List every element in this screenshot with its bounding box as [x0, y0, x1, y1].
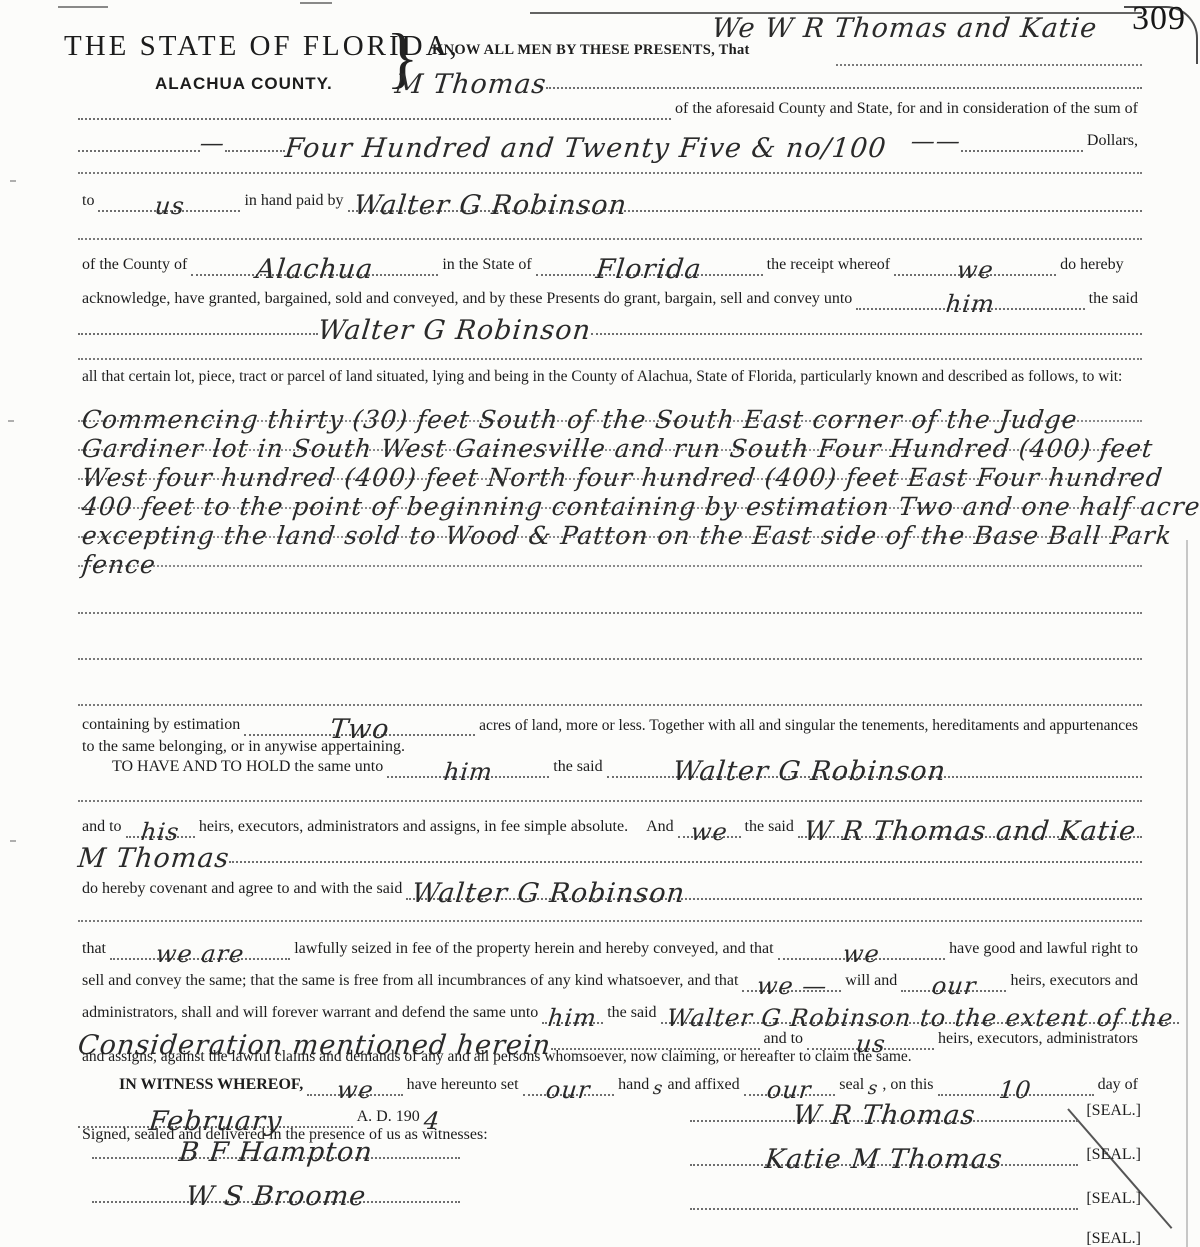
- ruled-line: [78, 238, 1142, 240]
- admin-label: administrators, shall and will forever w…: [78, 1004, 542, 1024]
- hand-plural-handwriting: s: [653, 1082, 665, 1096]
- covenant-label: do hereby covenant and agree to and with…: [78, 880, 406, 900]
- ruled-line: [78, 358, 1142, 360]
- heirs-label: heirs, executors and: [1006, 972, 1142, 992]
- tohave-handwriting: him: [443, 765, 493, 779]
- unto-blank: him: [856, 297, 1084, 310]
- witness-signature-line: B F Hampton: [92, 1146, 460, 1159]
- receipt-handwriting: we: [956, 263, 994, 277]
- seal-signature-line: W R Thomas: [690, 1109, 1078, 1122]
- grantee-handwriting: Walter G Robinson: [672, 765, 946, 779]
- seal-label: [SEAL.]: [1078, 1190, 1145, 1210]
- state-handwriting: Florida: [596, 263, 703, 277]
- whereof-blank: we: [307, 1083, 402, 1096]
- sell-label: sell and convey the same; that the same …: [78, 972, 742, 992]
- said-label: the said: [1085, 290, 1142, 310]
- dollars-label: Dollars,: [1083, 132, 1142, 152]
- defend-blank: Walter G Robinson to the extent of the: [661, 1011, 1179, 1024]
- scan-speck: [10, 840, 16, 842]
- county-blank: Alachua: [191, 263, 438, 276]
- ruled-line: [78, 172, 1142, 174]
- right-label: have good and lawful right to: [945, 940, 1142, 960]
- aforesaid-label: of the aforesaid County and State, for a…: [671, 100, 1142, 120]
- deed-page: THE STATE OF FLORIDA, ALACHUA COUNTY. } …: [0, 0, 1200, 1247]
- andto-handwriting: his: [140, 825, 180, 839]
- admin-blank: him: [542, 1011, 603, 1024]
- said-label: the said: [741, 818, 798, 838]
- scan-speck: [8, 420, 14, 422]
- whereof-label: IN WITNESS WHEREOF,: [115, 1076, 307, 1096]
- set-handwriting: our: [545, 1083, 591, 1097]
- scan-edge-line: [58, 6, 108, 8]
- witness-signature: B F Hampton: [178, 1146, 373, 1160]
- blank-line: [546, 85, 1142, 89]
- seal-label: [SEAL.]: [1078, 1146, 1145, 1166]
- seal-label: [SEAL.]: [1078, 1230, 1145, 1247]
- covenant-handwriting: Walter G Robinson: [412, 887, 686, 901]
- page-number: 309: [1132, 0, 1186, 38]
- said-label: the said: [549, 758, 606, 778]
- sell-blank: we —: [742, 979, 841, 992]
- seized-label: lawfully seized in fee of the property h…: [290, 940, 777, 960]
- sell-handwriting: we —: [756, 979, 828, 993]
- tohave-label: TO HAVE AND TO HOLD the same unto: [108, 758, 387, 778]
- and-blank: we: [678, 825, 741, 838]
- county-label: of the County of: [78, 256, 191, 276]
- seal-word-label: seal: [835, 1076, 868, 1096]
- that-label: that: [78, 940, 110, 960]
- paid-by-handwriting: Walter G Robinson: [353, 199, 627, 213]
- ruled-line: [78, 704, 1142, 706]
- to-blank: us: [98, 199, 240, 212]
- said-label: the said: [603, 1004, 660, 1024]
- set-blank: our: [523, 1083, 615, 1096]
- county-title: ALACHUA COUNTY.: [155, 74, 333, 94]
- will-blank: our: [901, 979, 1006, 992]
- assigns-label: and assigns, against the lawful claims a…: [78, 1048, 916, 1068]
- paid-by-blank: Walter G Robinson: [348, 199, 1142, 212]
- seal-plural-handwriting: s: [867, 1082, 879, 1096]
- containing-label: containing by estimation: [78, 716, 244, 736]
- acres-label: acres of land, more or less. Together wi…: [475, 717, 1142, 737]
- whereof-handwriting: we: [336, 1083, 374, 1097]
- seal-signature: Katie M Thomas: [765, 1153, 1004, 1167]
- affixed-handwriting: our: [767, 1083, 813, 1097]
- dash-mark: —: [200, 136, 226, 150]
- ruled-line: [78, 920, 1142, 922]
- tohave-blank: him: [387, 765, 549, 778]
- blank-line: [591, 331, 1142, 335]
- grantors-handwriting-cont: M Thomas: [77, 852, 230, 866]
- containing-handwriting: Two: [329, 723, 390, 737]
- seal-signature-line: Katie M Thomas: [690, 1153, 1078, 1166]
- witness-signature-line: W S Broome: [92, 1190, 460, 1203]
- paid-by-label: in hand paid by: [240, 192, 347, 212]
- grantors-handwriting-line1: We W R Thomas and Katie: [711, 22, 1098, 36]
- blank-line: [961, 148, 1083, 152]
- seized-handwriting: we: [842, 947, 880, 961]
- state-blank: Florida: [536, 263, 763, 276]
- scan-right-edge: [1186, 540, 1188, 1247]
- grantee-blank: Walter G Robinson: [607, 765, 1142, 778]
- blank-line: [225, 148, 285, 152]
- will-label: will and: [841, 972, 901, 992]
- belonging-label: to the same belonging, or in anywise app…: [78, 738, 409, 758]
- containing-blank: Two: [244, 723, 475, 736]
- blank-line: [78, 148, 200, 152]
- affixed-label: and affixed: [664, 1076, 744, 1096]
- and-label: And: [632, 818, 678, 838]
- seal-label: [SEAL.]: [1078, 1102, 1145, 1122]
- andto-label: and to: [78, 818, 126, 838]
- dayof-label: day of: [1094, 1076, 1142, 1096]
- description-intro: all that certain lot, piece, tract or pa…: [78, 368, 1126, 388]
- scan-speck: [10, 180, 16, 182]
- grantors-handwriting: W R Thomas and Katie: [803, 825, 1137, 839]
- seal-signature: W R Thomas: [792, 1109, 976, 1123]
- grantors-handwriting-line2: M Thomas: [394, 78, 547, 92]
- ruled-line: [78, 800, 1142, 802]
- witness-signature: W S Broome: [185, 1190, 367, 1204]
- seal-signature-line: [690, 1208, 1078, 1210]
- andto-blank: his: [126, 825, 195, 838]
- seized-blank: we: [778, 947, 946, 960]
- ruled-line: [836, 64, 1142, 66]
- state-label: in the State of: [438, 256, 535, 276]
- blank-line: [229, 859, 1142, 863]
- unto-handwriting: him: [945, 297, 995, 311]
- affixed-blank: our: [744, 1083, 836, 1096]
- day-blank: 10: [938, 1083, 1094, 1096]
- blank-line: [78, 331, 318, 335]
- to-label: to: [78, 192, 98, 212]
- and-handwriting: we: [690, 825, 728, 839]
- hereby-label: do hereby: [1056, 256, 1128, 276]
- set-label: have hereunto set: [403, 1076, 523, 1096]
- covenant-blank: Walter G Robinson: [406, 887, 1142, 900]
- grantors-blank: W R Thomas and Katie: [798, 825, 1142, 838]
- description-line: fence: [81, 558, 156, 572]
- grantee-handwriting: Walter G Robinson: [317, 324, 591, 338]
- receipt-blank: we: [894, 263, 1056, 276]
- onthis-label: , on this: [878, 1076, 937, 1096]
- defend-handwriting: Walter G Robinson to the extent of the: [666, 1011, 1174, 1025]
- to-handwriting: us: [154, 199, 185, 213]
- county-handwriting: Alachua: [255, 263, 374, 277]
- that-handwriting: we are: [155, 947, 245, 961]
- hand-label: hand: [614, 1076, 653, 1096]
- day-handwriting: 10: [999, 1083, 1033, 1097]
- will-handwriting: our: [931, 979, 977, 993]
- receipt-label: the receipt whereof: [763, 256, 894, 276]
- scan-edge-line: [300, 2, 332, 4]
- ruled-line: [78, 612, 1142, 614]
- blank-line: [78, 116, 671, 120]
- admin-handwriting: him: [548, 1011, 598, 1025]
- ruled-line: [78, 658, 1142, 660]
- heirs-label: heirs, executors, administrators and ass…: [195, 818, 632, 838]
- presents-label: KNOW ALL MEN BY THESE PRESENTS, That: [432, 42, 750, 59]
- that-blank: we are: [110, 947, 290, 960]
- acknowledge-label: acknowledge, have granted, bargained, so…: [78, 290, 856, 310]
- amount-handwriting: Four Hundred and Twenty Five & no/100: [285, 142, 888, 156]
- dash-mark: ——: [910, 134, 961, 148]
